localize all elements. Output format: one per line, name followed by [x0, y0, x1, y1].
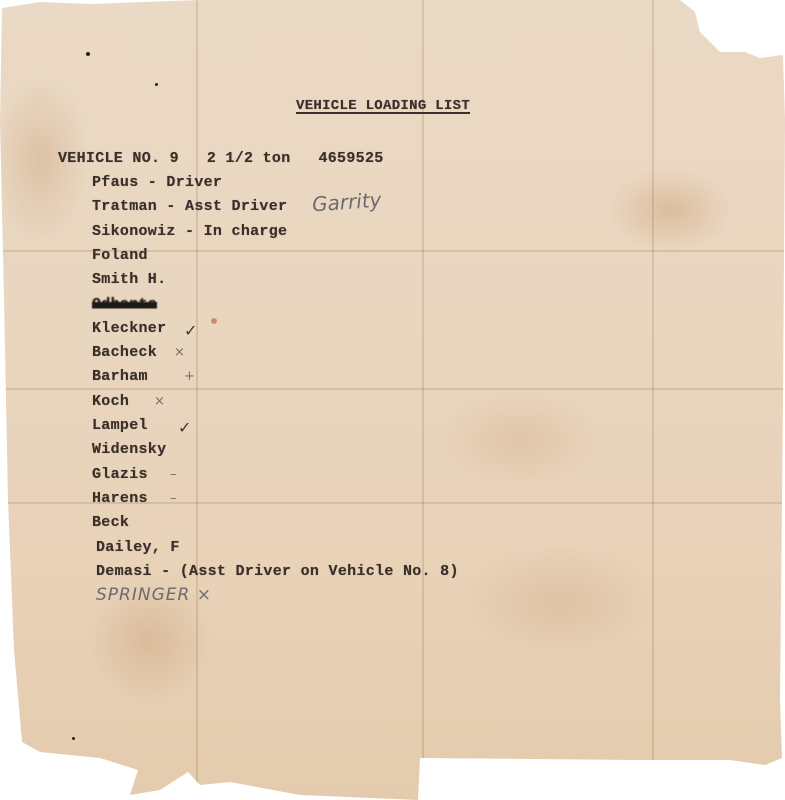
- handwritten-replacement-name: Garrity: [311, 188, 382, 217]
- ink-spot: [86, 52, 90, 56]
- list-item: Tratman - Asst Driver: [92, 198, 287, 215]
- list-item: Demasi - (Asst Driver on Vehicle No. 8): [96, 563, 459, 580]
- stain-spot: [447, 763, 453, 769]
- x-mark-icon: ×: [154, 394, 165, 409]
- check-mark-icon: ✓: [178, 418, 191, 437]
- list-item: Harens: [92, 490, 148, 507]
- fold-line: [422, 0, 424, 800]
- list-item: Foland: [92, 247, 148, 264]
- ink-spot: [155, 83, 158, 86]
- check-mark-icon: ✓: [184, 321, 197, 340]
- list-item: Glazis: [92, 466, 148, 483]
- list-item: Bacheck: [92, 344, 157, 361]
- list-item: Sikonowiz - In charge: [92, 223, 287, 240]
- stain-spot: [211, 318, 217, 324]
- x-mark-icon: ×: [174, 345, 185, 360]
- fold-line: [0, 388, 785, 390]
- struck-out-name: Odbento: [92, 296, 157, 313]
- list-item: Pfaus - Driver: [92, 174, 222, 191]
- list-item: Widensky: [92, 441, 166, 458]
- fold-line: [196, 0, 198, 800]
- list-item: Kleckner: [92, 320, 166, 337]
- handwritten-added-name: SPRINGER ×: [96, 585, 212, 605]
- list-item: Smith H.: [92, 271, 166, 288]
- list-item: Barham: [92, 368, 148, 385]
- tally-mark-icon: +: [184, 369, 195, 384]
- list-item: Koch: [92, 393, 129, 410]
- list-item: Beck: [92, 514, 129, 531]
- tally-mark-icon: –: [170, 467, 177, 482]
- fold-line: [652, 0, 654, 800]
- vehicle-header: VEHICLE NO. 9 2 1/2 ton 4659525: [58, 150, 384, 167]
- page-title: VEHICLE LOADING LIST: [296, 98, 470, 114]
- list-item: Lampel: [92, 417, 148, 434]
- list-item: Dailey, F: [96, 539, 180, 556]
- ink-spot: [72, 737, 75, 740]
- tally-mark-icon: –: [170, 491, 177, 506]
